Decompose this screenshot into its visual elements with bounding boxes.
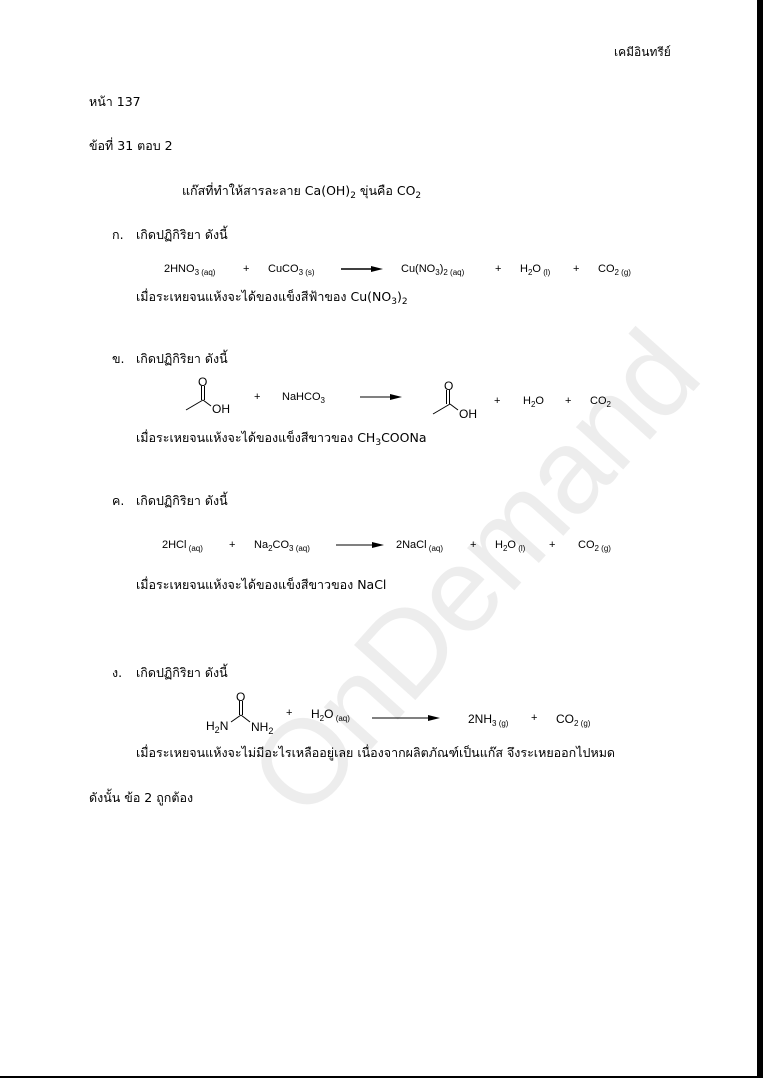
acetic-acid-structure-icon: O OH	[432, 380, 482, 420]
plus-sign: +	[229, 540, 235, 551]
reactant: CuCO3 (s)	[268, 264, 315, 277]
product: CO2 (g)	[556, 713, 590, 728]
product: 2NH3 (g)	[468, 713, 508, 728]
question-answer: ข้อที่ 31 ตอบ 2	[89, 140, 173, 153]
item-heading: เกิดปฏิกิริยา ดังนี้	[136, 353, 228, 366]
reactant: 2HNO3 (aq)	[164, 264, 215, 277]
reaction-arrow-icon	[360, 392, 402, 402]
product: CO2 (g)	[578, 540, 611, 553]
page-reference: หน้า 137	[89, 96, 141, 109]
item-result: เมื่อระเหยจนแห้งจะได้ของแข็งสีขาวของ NaC…	[136, 579, 386, 592]
intro-statement: แก๊สที่ทำให้สารละลาย Ca(OH)2 ขุ่นคือ CO2	[182, 185, 421, 198]
plus-sign: +	[573, 264, 579, 275]
product: 2NaCl (aq)	[396, 540, 443, 553]
item-result: เมื่อระเหยจนแห้งจะไม่มีอะไรเหลืออยู่เลย …	[136, 747, 615, 760]
product: Cu(NO3)2 (aq)	[401, 264, 464, 277]
svg-text:OH: OH	[212, 402, 230, 416]
reactant: Na2CO3 (aq)	[254, 540, 310, 553]
item-result: เมื่อระเหยจนแห้งจะได้ของแข็งสีฟ้าของ Cu(…	[136, 291, 408, 304]
item-heading: เกิดปฏิกิริยา ดังนี้	[136, 495, 228, 508]
svg-text:H2N: H2N	[206, 719, 228, 735]
product: H2O	[523, 396, 544, 407]
plus-sign: +	[531, 713, 537, 724]
item-result: เมื่อระเหยจนแห้งจะได้ของแข็งสีขาวของ CH3…	[136, 432, 426, 445]
subject-header: เคมีอินทรีย์	[614, 46, 671, 58]
reactant: H2O (aq)	[311, 708, 350, 723]
item-marker: ข.	[112, 353, 125, 366]
plus-sign: +	[495, 264, 501, 275]
product: CO2 (g)	[598, 264, 631, 277]
reactant: 2HCl (aq)	[162, 540, 203, 553]
item-marker: ก.	[112, 229, 124, 242]
plus-sign: +	[286, 708, 292, 719]
svg-text:O: O	[444, 379, 453, 393]
urea-structure-icon: O H2N NH2	[205, 690, 265, 735]
document-page: OnDemand เคมีอินทรีย์ หน้า 137 ข้อที่ 31…	[0, 0, 763, 1078]
product: H2O (l)	[495, 540, 525, 553]
plus-sign: +	[565, 396, 571, 407]
svg-text:OH: OH	[459, 407, 477, 421]
product: H2O (l)	[520, 264, 550, 277]
reaction-arrow-icon	[336, 540, 384, 550]
reaction-arrow-icon	[372, 713, 440, 723]
plus-sign: +	[243, 264, 249, 275]
item-heading: เกิดปฏิกิริยา ดังนี้	[136, 229, 228, 242]
item-marker: ค.	[112, 495, 124, 508]
reactant: NaHCO3	[282, 392, 325, 403]
svg-text:O: O	[198, 375, 207, 389]
product: CO2	[590, 396, 611, 407]
reaction-arrow-icon	[341, 264, 383, 274]
plus-sign: +	[254, 392, 260, 403]
acetic-acid-structure-icon: O OH	[185, 376, 235, 416]
plus-sign: +	[494, 396, 500, 407]
plus-sign: +	[470, 540, 476, 551]
item-marker: ง.	[112, 667, 122, 680]
item-heading: เกิดปฏิกิริยา ดังนี้	[136, 667, 228, 680]
conclusion: ดังนั้น ข้อ 2 ถูกต้อง	[89, 792, 193, 805]
svg-text:O: O	[236, 690, 245, 704]
svg-text:NH2: NH2	[251, 720, 273, 736]
plus-sign: +	[549, 540, 555, 551]
